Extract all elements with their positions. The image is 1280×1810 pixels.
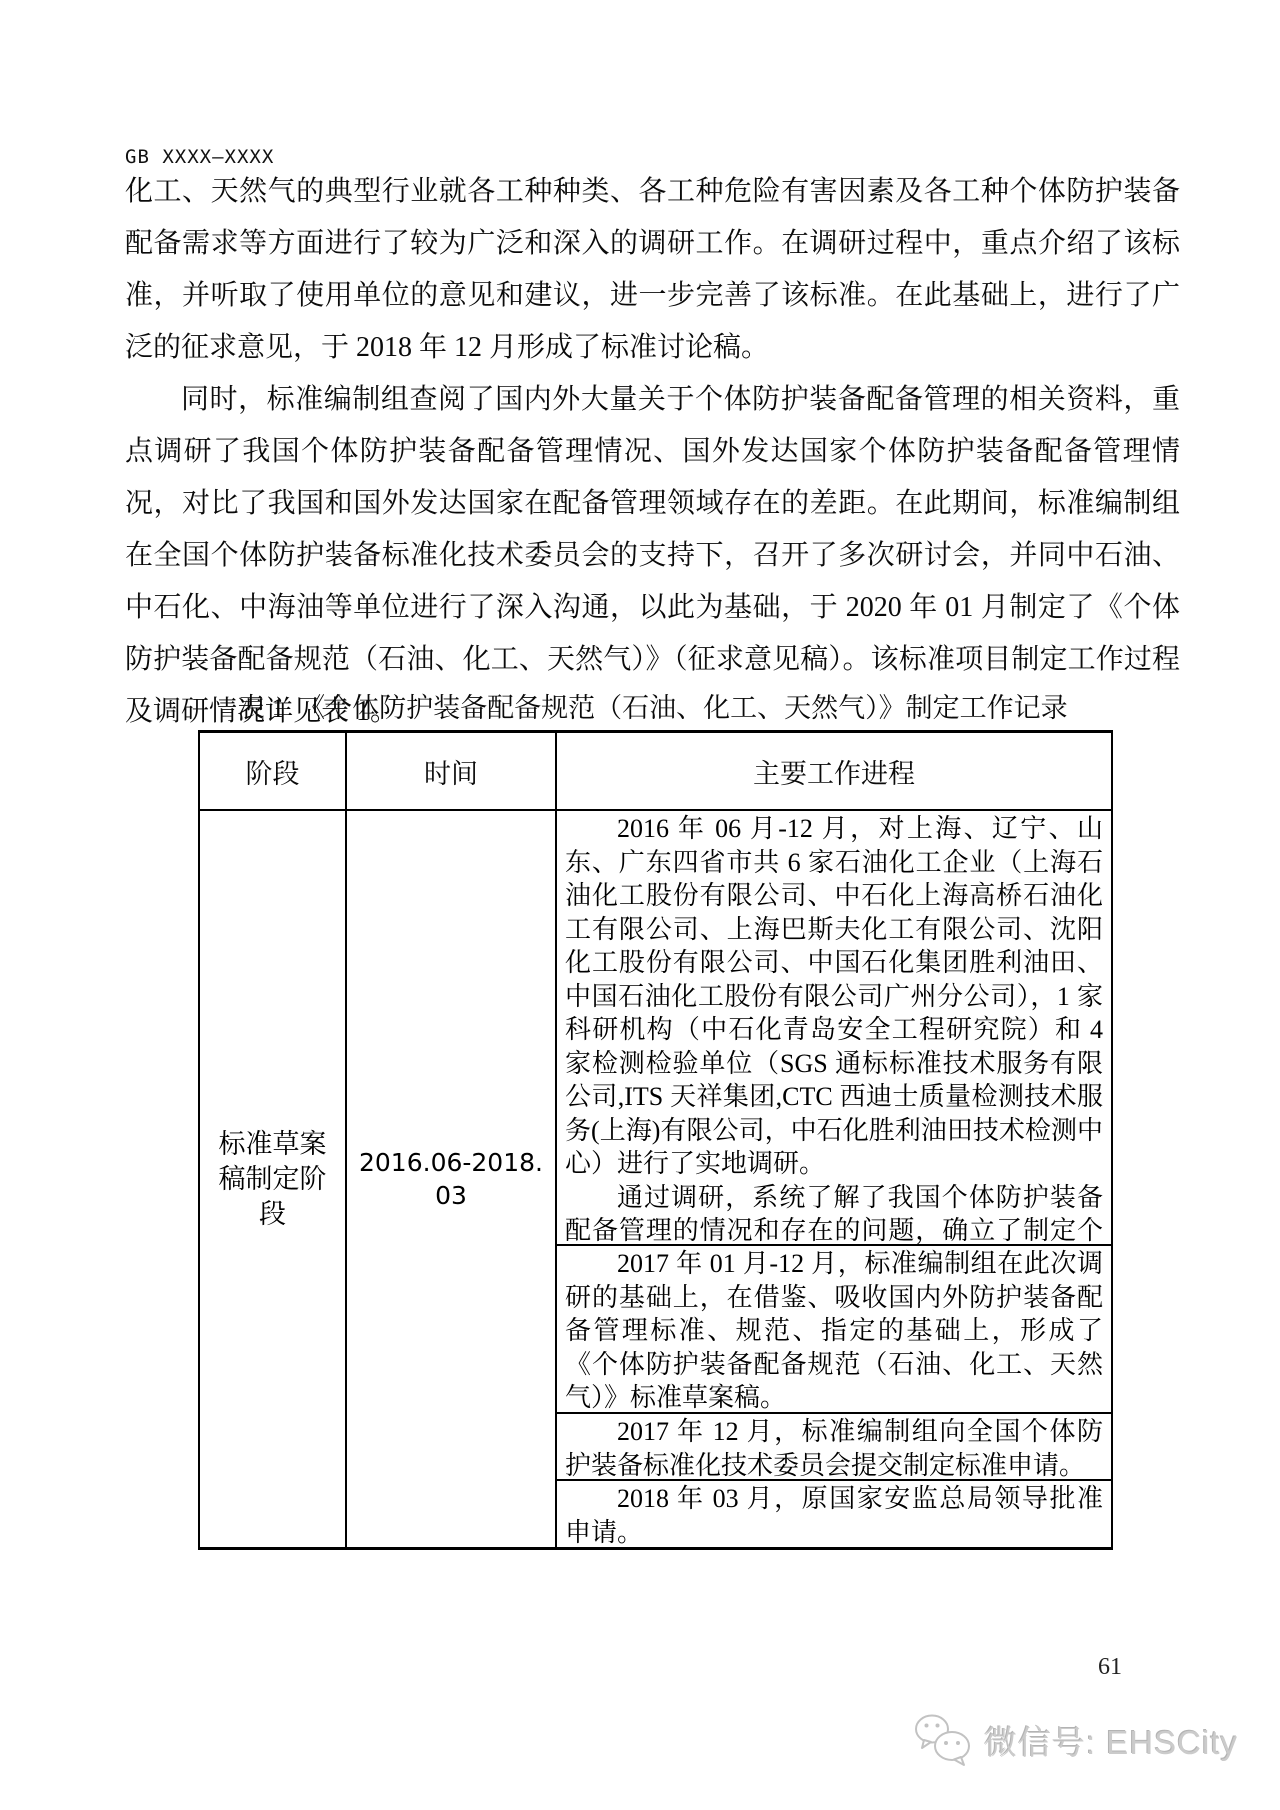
watermark-footer: 微信号: EHSCity <box>912 1712 1238 1768</box>
standard-number: GB XXXX—XXXX <box>125 146 274 168</box>
wechat-icon <box>912 1712 974 1768</box>
wechat-label: 微信号: EHSCity <box>984 1717 1238 1764</box>
progress-paragraph: 通过调研，系统了解了我国个体防护装备配备管理的情况和存在的问题，确立了制定个体防… <box>565 1181 1103 1247</box>
table-caption: 表 1 《个体防护装备配备规范（石油、化工、天然气）》制定工作记录 <box>125 686 1180 725</box>
progress-paragraph: 2017 年 12 月，标准编制组向全国个体防护装备标准化技术委员会提交制定标准… <box>565 1415 1103 1481</box>
progress-cell-3: 2017 年 12 月，标准编制组向全国个体防护装备标准化技术委员会提交制定标准… <box>557 1414 1111 1481</box>
progress-paragraph: 2016 年 06 月-12 月，对上海、辽宁、山东、广东四省市共 6 家石油化… <box>565 812 1103 1181</box>
stage-cell: 标准草案稿制定阶段 <box>200 811 347 1547</box>
progress-paragraph: 2017 年 01 月-12 月，标准编制组在此次调研的基础上，在借鉴、吸收国内… <box>565 1247 1103 1414</box>
paragraph-2: 同时，标准编制组查阅了国内外大量关于个体防护装备配备管理的相关资料，重点调研了我… <box>125 374 1180 738</box>
paragraph-1: 化工、天然气的典型行业就各工种种类、各工种危险有害因素及各工种个体防护装备配备需… <box>125 166 1180 374</box>
time-cell: 2016.06-2018.03 <box>347 811 557 1547</box>
progress-cell-4: 2018 年 03 月，原国家安监总局领导批准申请。 <box>557 1481 1111 1547</box>
column-header-stage: 阶段 <box>200 733 347 811</box>
column-header-time: 时间 <box>347 733 557 811</box>
progress-cell-1: 2016 年 06 月-12 月，对上海、辽宁、山东、广东四省市共 6 家石油化… <box>557 811 1111 1246</box>
work-record-table: 阶段 时间 主要工作进程 标准草案稿制定阶段 2016.06-2018.03 2… <box>198 730 1113 1550</box>
column-header-progress: 主要工作进程 <box>557 733 1111 811</box>
document-page: GB XXXX—XXXX 化工、天然气的典型行业就各工种种类、各工种危险有害因素… <box>0 0 1280 1810</box>
progress-cell-2: 2017 年 01 月-12 月，标准编制组在此次调研的基础上，在借鉴、吸收国内… <box>557 1246 1111 1414</box>
progress-paragraph: 2018 年 03 月，原国家安监总局领导批准申请。 <box>565 1482 1103 1547</box>
page-number: 61 <box>1098 1654 1122 1681</box>
body-text: 化工、天然气的典型行业就各工种种类、各工种危险有害因素及各工种个体防护装备配备需… <box>125 166 1180 738</box>
